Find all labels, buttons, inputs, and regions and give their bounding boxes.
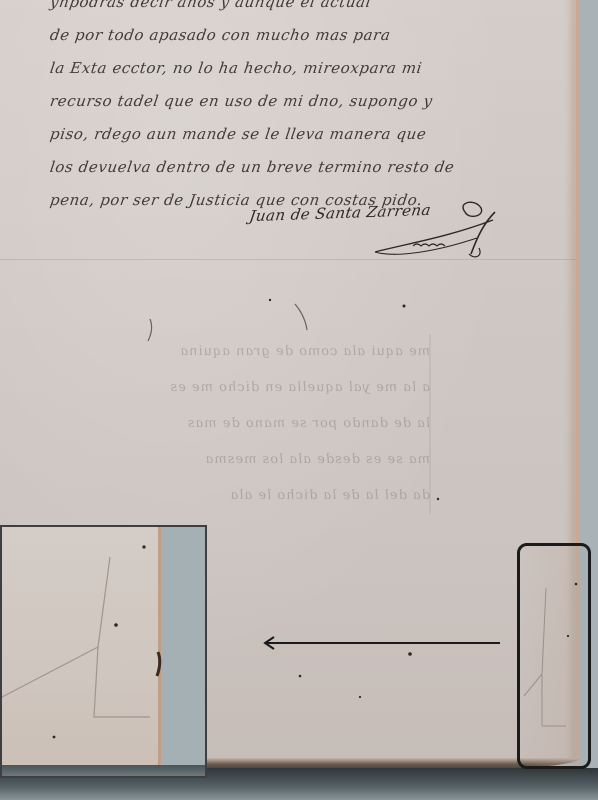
damaged-corner-highlight-box	[517, 543, 591, 769]
enlarged-corner-inset	[0, 525, 207, 778]
crease-lines-icon	[520, 546, 588, 766]
left-arrow-icon	[262, 635, 502, 651]
inset-crease-lines-icon	[2, 527, 207, 778]
